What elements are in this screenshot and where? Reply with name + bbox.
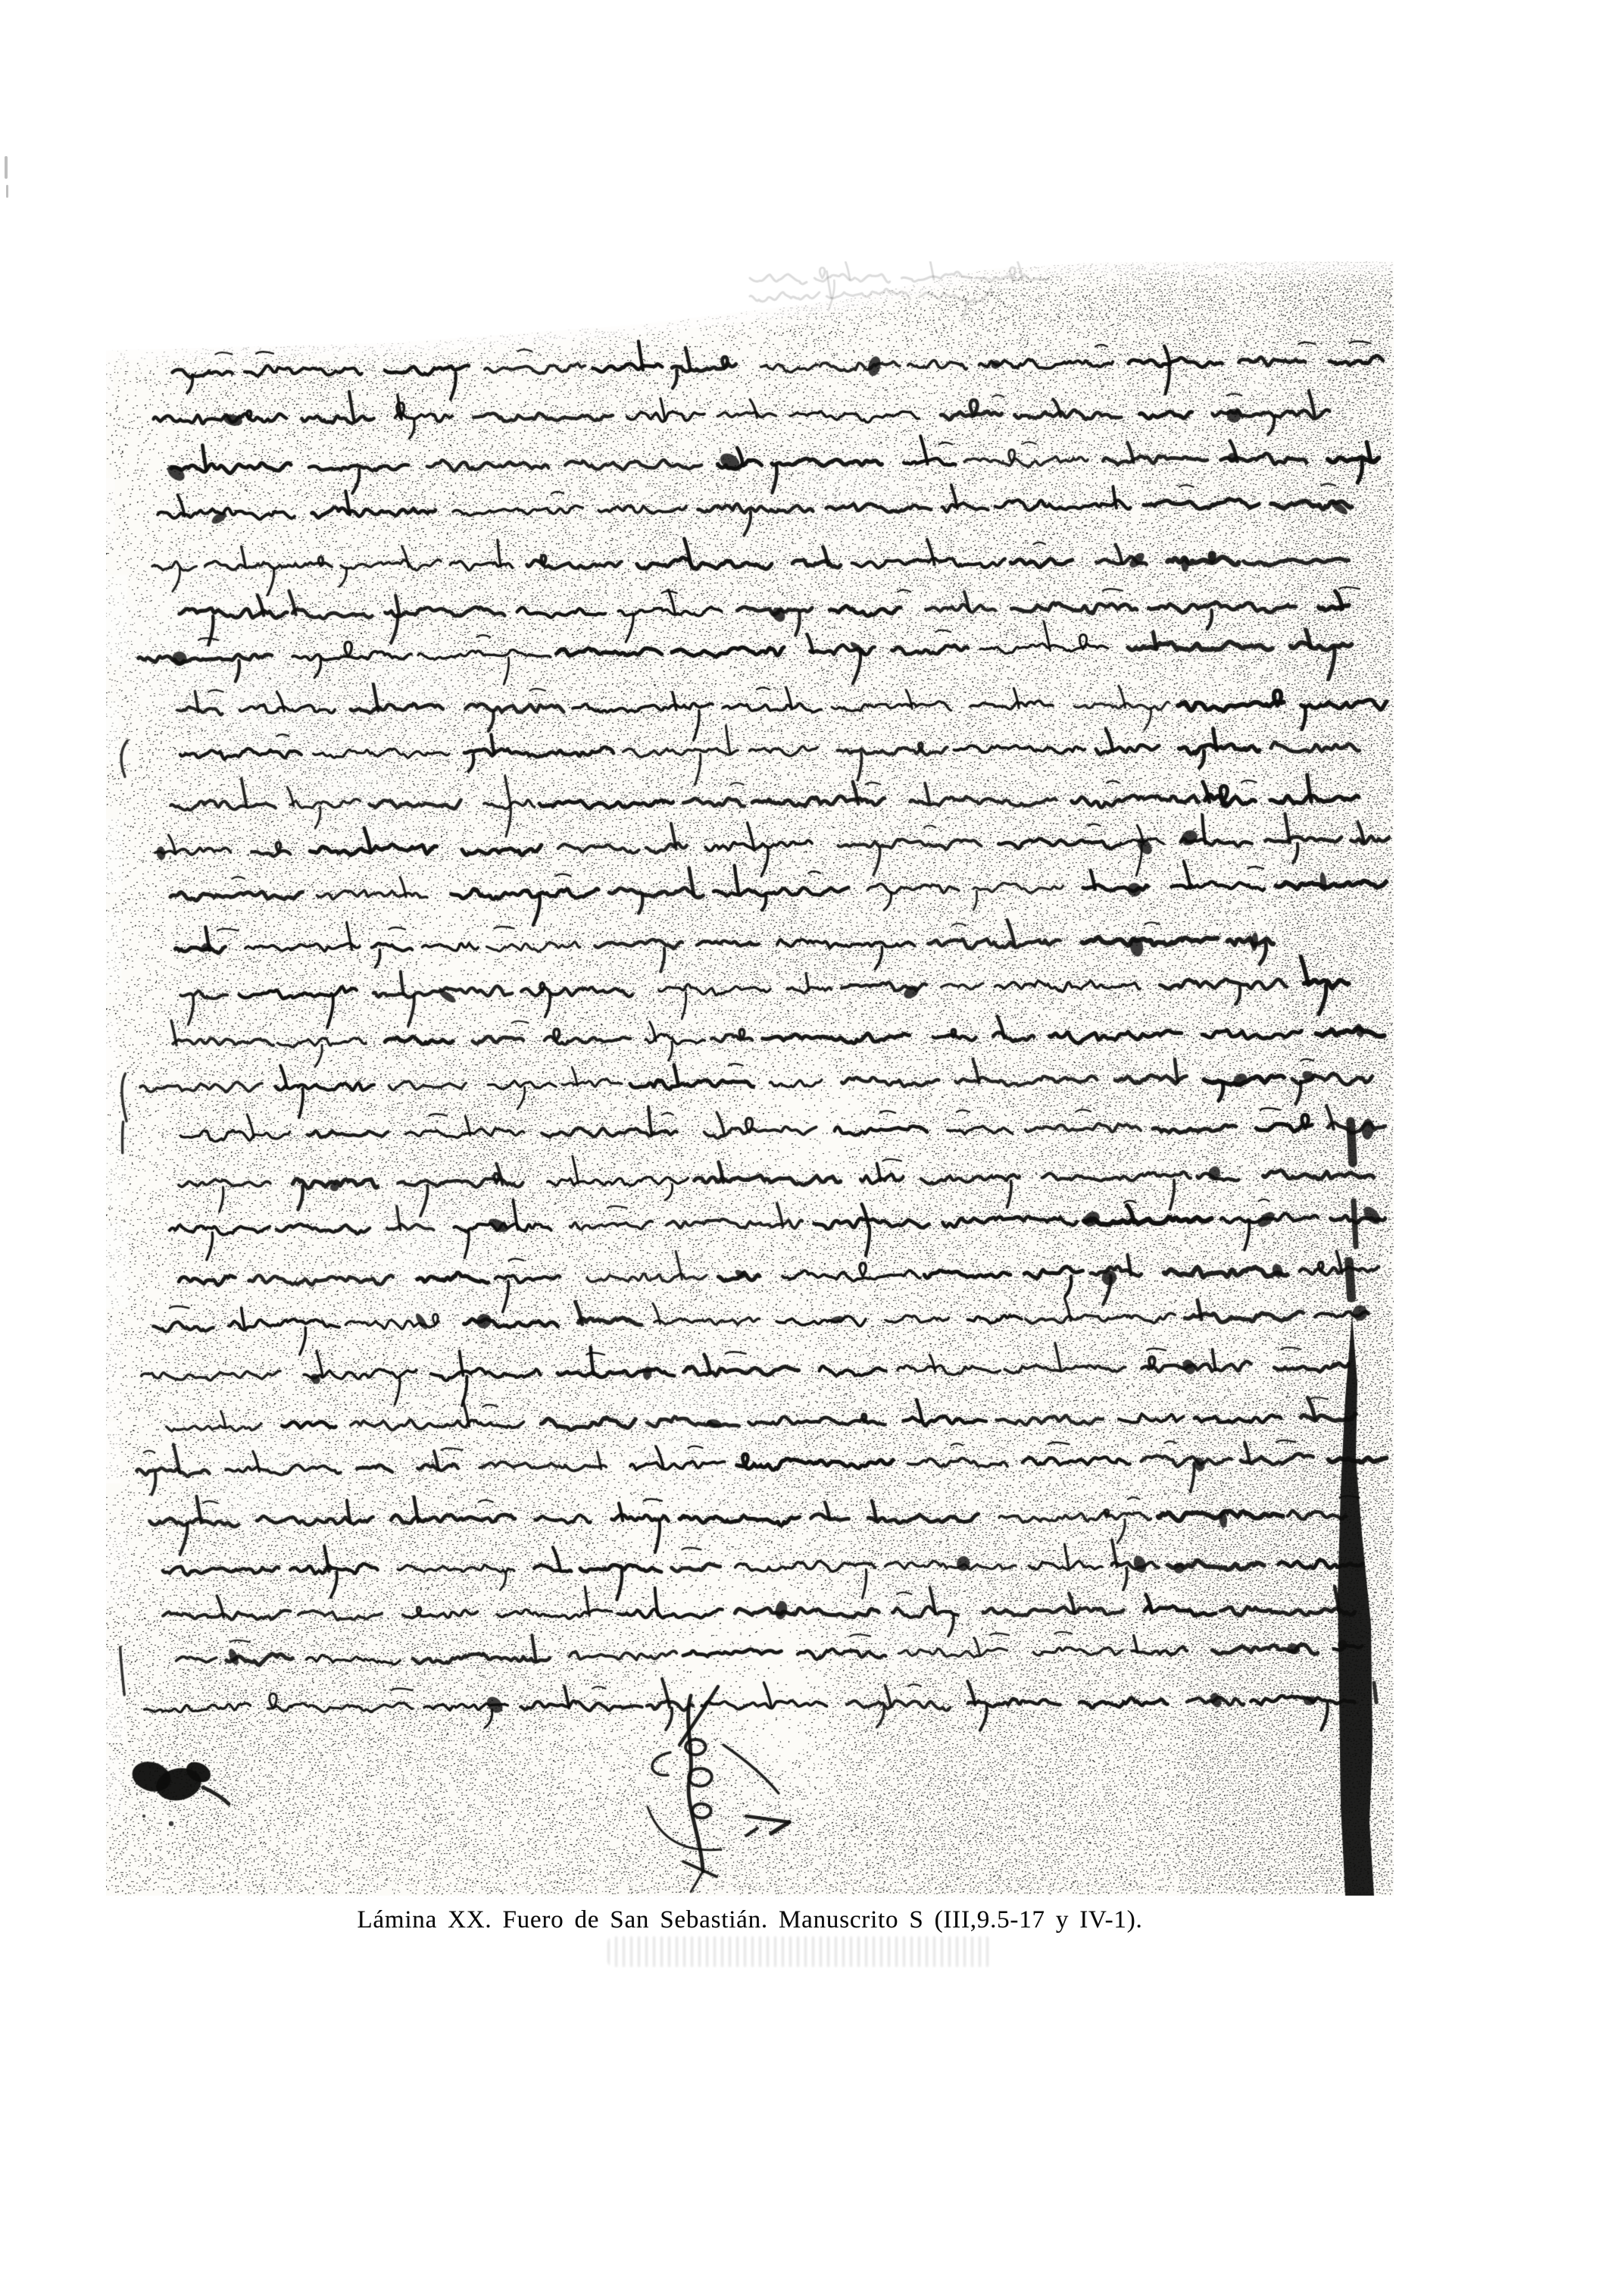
show-through-smudge — [607, 1937, 992, 1967]
book-page: Lámina XX. Fuero de San Sebastián. Manus… — [0, 0, 1624, 2279]
manuscript-photo-canvas — [106, 261, 1394, 1896]
left-margin-speck — [6, 185, 8, 198]
plate-caption: Lámina XX. Fuero de San Sebastián. Manus… — [106, 1905, 1394, 1936]
left-margin-speck — [5, 156, 8, 179]
